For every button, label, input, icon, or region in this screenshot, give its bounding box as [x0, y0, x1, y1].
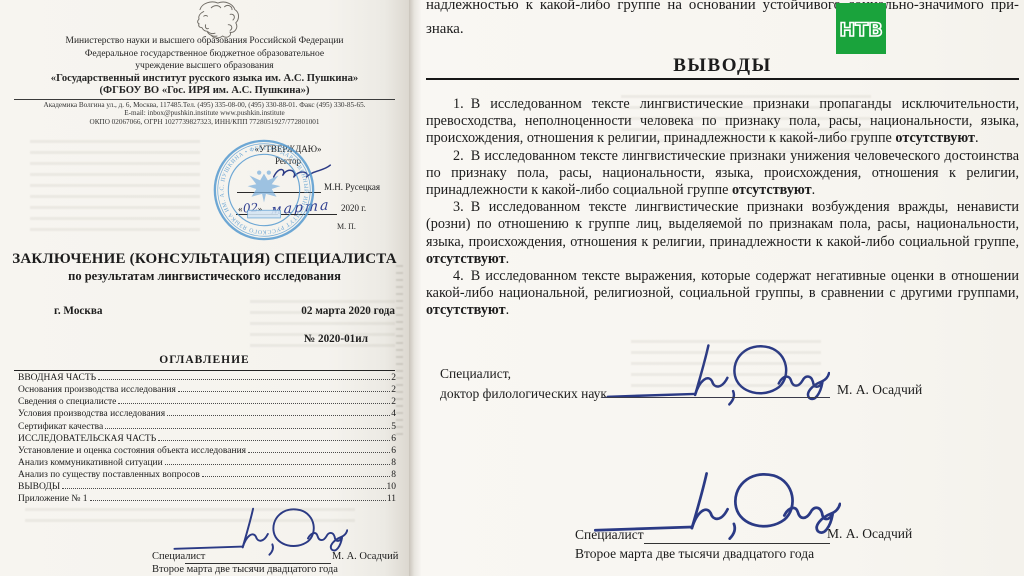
contact-line: ОКПО 02067066, ОГРН 1027739827323, ИНН/К…: [0, 118, 409, 126]
signoff-name: М. А. Осадчий: [827, 526, 912, 542]
carryover-text-line2: знака.: [426, 21, 464, 38]
toc-entry-label: Приложение № 1: [18, 494, 88, 504]
document-date: 02 марта 2020 года: [301, 305, 395, 317]
toc-entry-label: Сертификат качества: [18, 422, 103, 432]
contact-block: Академика Волгина ул., д. 6, Москва, 117…: [0, 101, 409, 126]
toc-entry-label: Анализ по существу поставленных вопросов: [18, 470, 200, 480]
signoff-role: Специалист: [575, 527, 644, 543]
table-of-contents: ВВОДНАЯ ЧАСТЬ 2 Основания производства и…: [18, 373, 396, 507]
approval-year: 2020 г.: [341, 203, 366, 213]
signoff-name: М. А. Осадчий: [332, 551, 398, 562]
toc-entry-label: ВЫВОДЫ: [18, 482, 60, 492]
seal-eagle-emblem: [248, 171, 281, 203]
seal-place-mark: М. П.: [337, 222, 356, 231]
right-page: надлежностью к какой-либо группе на осно…: [421, 0, 1024, 576]
toc-entry: Сертификат качества 5: [18, 422, 396, 434]
specialist-role: Специалист,: [440, 366, 511, 382]
specialist-degree: доктор филологических наук: [440, 386, 607, 402]
toc-entry-label: Основания производства исследования: [18, 385, 176, 395]
toc-entry-page: 8: [391, 470, 396, 480]
contact-line: Академика Волгина ул., д. 6, Москва, 117…: [0, 101, 409, 109]
toc-dot-leader: [202, 476, 390, 477]
document-number: № 2020-01ил: [304, 333, 368, 345]
signoff-role: Специалист: [152, 551, 205, 562]
toc-entry: ИССЛЕДОВАТЕЛЬСКАЯ ЧАСТЬ 6: [18, 434, 396, 446]
toc-entry-label: ВВОДНАЯ ЧАСТЬ: [18, 373, 96, 383]
ministry-lines: Министерство науки и высшего образования…: [0, 35, 409, 73]
toc-entry: ВВОДНАЯ ЧАСТЬ 2: [18, 373, 396, 385]
conclusion-paragraph: 2. В исследованном тексте лингвистически…: [426, 148, 1019, 200]
document-city: г. Москва: [54, 305, 102, 317]
page-edge-marks: [396, 265, 403, 435]
signature-line: [644, 543, 830, 544]
bleed-through-texture: [30, 140, 200, 235]
toc-dot-leader: [178, 391, 390, 392]
pushkin-portrait-sketch-icon: [183, 0, 249, 40]
left-page: Министерство науки и высшего образования…: [0, 0, 409, 576]
ntv-channel-logo: НТВ: [836, 3, 886, 54]
toc-heading: ОГЛАВЛЕНИЕ: [0, 354, 409, 366]
toc-dot-leader: [248, 452, 390, 453]
toc-entry-page: 10: [387, 482, 397, 492]
toc-entry-label: Условия производства исследования: [18, 409, 165, 419]
specialist-name: М. А. Осадчий: [837, 382, 922, 398]
signoff-date-words: Второе марта две тысячи двадцатого года: [152, 564, 338, 575]
document-title: ЗАКЛЮЧЕНИЕ (КОНСУЛЬТАЦИЯ) СПЕЦИАЛИСТА: [0, 251, 409, 268]
conclusions-heading: ВЫВОДЫ: [426, 55, 1019, 77]
toc-entry-page: 6: [391, 446, 396, 456]
toc-entry: Анализ по существу поставленных вопросов…: [18, 470, 396, 482]
toc-entry: Основания производства исследования 2: [18, 385, 396, 397]
toc-entry-label: Установление и оценка состояния объекта …: [18, 446, 246, 456]
conclusion-paragraph: 1. В исследованном тексте лингвистически…: [426, 96, 1019, 148]
conclusion-paragraph: 4. В исследованном тексте выражения, кот…: [426, 268, 1019, 320]
toc-rule: [14, 370, 395, 371]
toc-dot-leader: [105, 428, 390, 429]
toc-entry-label: ИССЛЕДОВАТЕЛЬСКАЯ ЧАСТЬ: [18, 434, 156, 444]
toc-dot-leader: [165, 464, 391, 465]
specialist-signature: [596, 336, 836, 412]
conclusions-heading-rule: [426, 78, 1019, 80]
page-fold-shadow: [409, 0, 421, 576]
toc-dot-leader: [118, 403, 390, 404]
institute-lines: «Государственный институт русского языка…: [0, 73, 409, 98]
toc-entry-label: Анализ коммуникативной ситуации: [18, 458, 163, 468]
toc-entry: Анализ коммуникативной ситуации 8: [18, 458, 396, 470]
ntv-logo-letters: НТВ: [839, 19, 882, 41]
toc-entry-page: 8: [391, 458, 396, 468]
ministry-line: Федеральное государственное бюджетное об…: [0, 48, 409, 61]
conclusions-list: 1. В исследованном тексте лингвистически…: [426, 96, 1019, 320]
carryover-text-line1: надлежностью к какой-либо группе на осно…: [426, 0, 1019, 15]
toc-entry: ВЫВОДЫ 10: [18, 482, 396, 494]
letterhead: Министерство науки и высшего образования…: [0, 35, 409, 98]
toc-entry-page: 11: [387, 494, 396, 504]
institute-line: «Государственный институт русского языка…: [0, 73, 409, 86]
signature-line: [602, 397, 830, 398]
rector-name: М.Н. Русецкая: [324, 182, 380, 192]
toc-entry-label: Сведения о специалисте: [18, 397, 116, 407]
conclusion-paragraph: 3. В исследованном тексте лингвистически…: [426, 199, 1019, 268]
toc-dot-leader: [167, 415, 390, 416]
ministry-line: Министерство науки и высшего образования…: [0, 35, 409, 48]
contact-line: E-mail: inbox@pushkin.institute www.push…: [0, 109, 409, 117]
institute-line: (ФГБОУ ВО «Гос. ИРЯ им. А.С. Пушкина»): [0, 85, 409, 98]
toc-dot-leader: [98, 379, 390, 380]
ministry-line: учреждение высшего образования: [0, 60, 409, 73]
document-subtitle: по результатам лингвистического исследов…: [0, 269, 409, 284]
signoff-date-words: Второе марта две тысячи двадцатого года: [575, 546, 814, 562]
toc-dot-leader: [62, 488, 385, 489]
institute-round-seal: ГОСУДАРСТВЕННЫЙ ИНСТИТУТ РУССКОГО ЯЗЫКА …: [211, 137, 317, 243]
toc-entry: Сведения о специалисте 2: [18, 397, 396, 409]
toc-entry-page: 6: [391, 434, 396, 444]
letterhead-divider: [14, 99, 395, 100]
toc-entry: Условия производства исследования 4: [18, 409, 396, 421]
toc-entry: Установление и оценка состояния объекта …: [18, 446, 396, 458]
document-scan: Министерство науки и высшего образования…: [0, 0, 1024, 576]
toc-dot-leader: [158, 440, 390, 441]
